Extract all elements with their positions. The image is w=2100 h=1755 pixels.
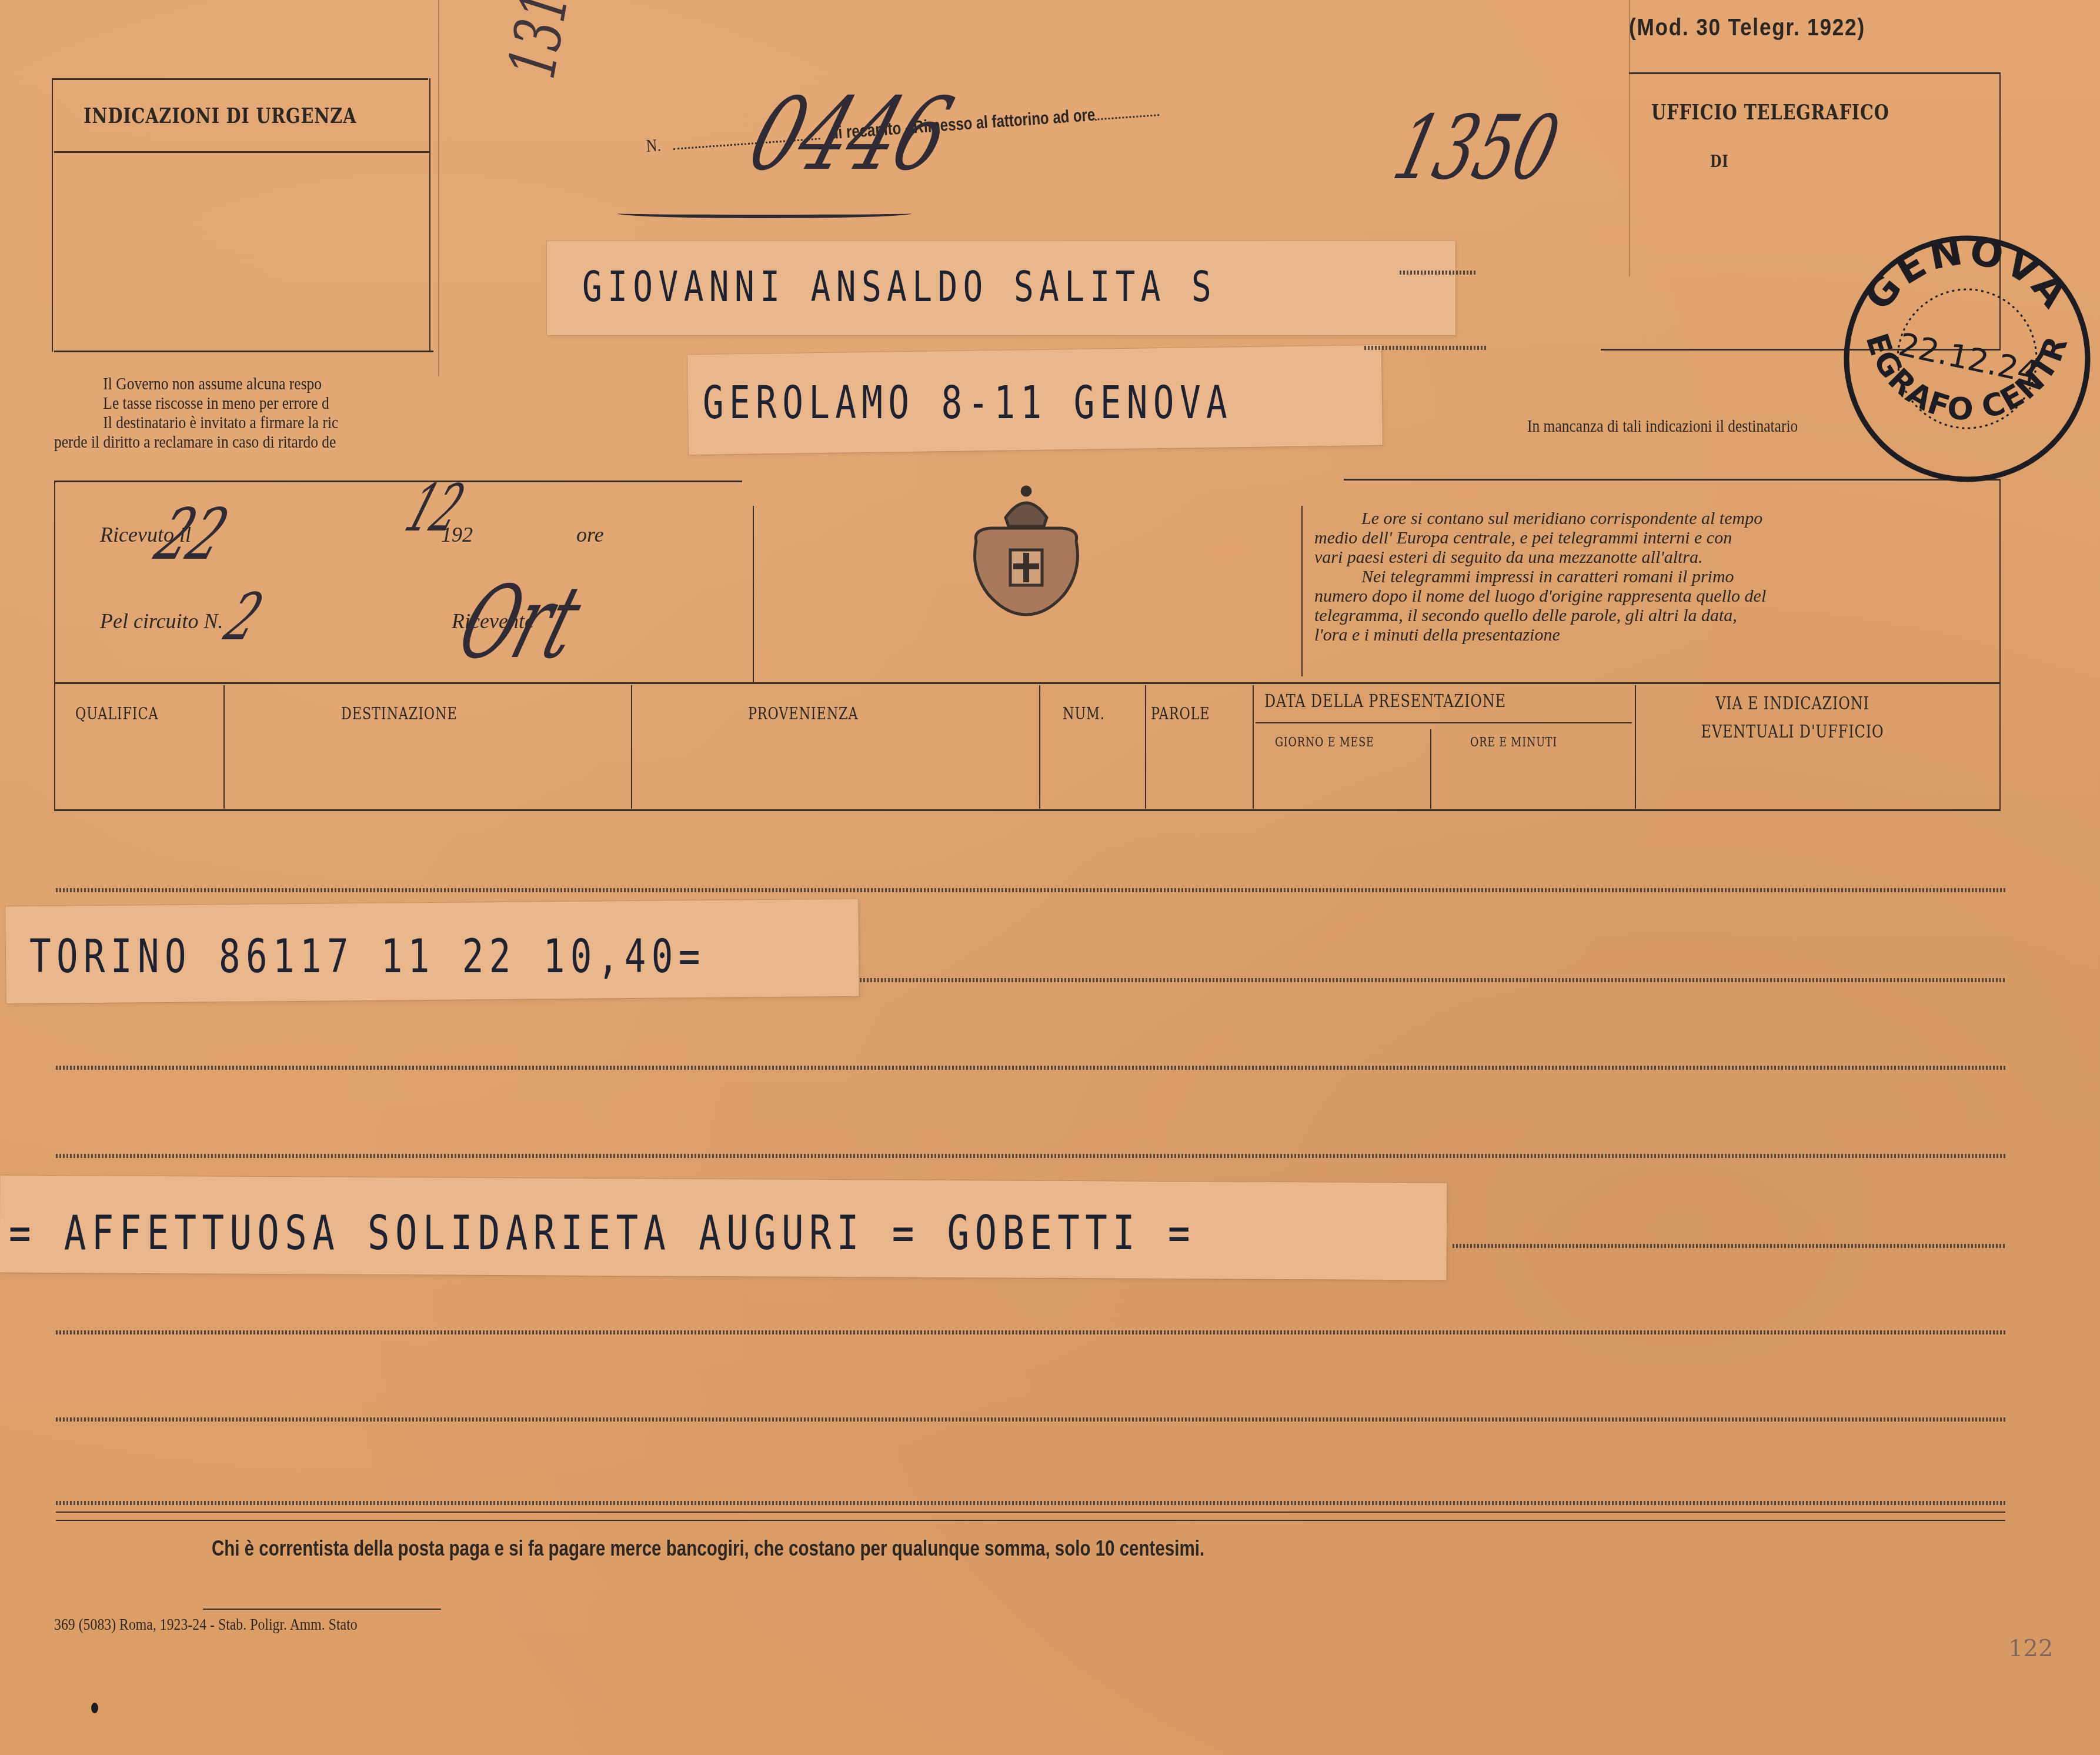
instruction-line-5: numero dopo il nome del luogo d'origine … [1314, 586, 1766, 606]
receipt-box-left [54, 481, 55, 683]
instruction-line-7: l'ora e i minuti della presentazione [1314, 625, 1766, 645]
notice-line-2: Le tasse riscosse in meno per errore d [54, 393, 338, 413]
table-bottom [54, 809, 2001, 811]
message-rule-2 [853, 978, 2005, 982]
col-head-parole: PAROLE [1151, 704, 1210, 723]
legal-notice-left: Il Governo non assume alcuna respo Le ta… [54, 374, 389, 452]
col-head-provenienza: PROVENIENZA [748, 704, 858, 723]
notice-line-1: Il Governo non assume alcuna respo [54, 374, 338, 393]
legal-notice-right: In mancanza di tali indicazioni il desti… [1527, 416, 1798, 436]
receipt-box-right [1999, 479, 2001, 811]
urgency-box-top [52, 78, 428, 80]
table-col-5 [1253, 685, 1254, 809]
address-rule-1 [1400, 271, 1476, 275]
handwritten-delivery-number: 0446 [736, 76, 965, 193]
ink-spot [91, 1703, 98, 1713]
address-line-1: GIOVANNI ANSALDO SALITA S [582, 262, 1217, 311]
flap-edge-right [1629, 0, 1630, 276]
archive-number: 122 [2008, 1635, 2053, 1662]
table-col-0 [54, 682, 55, 810]
printer-rule [203, 1609, 441, 1610]
col-head-num: NUM. [1063, 704, 1105, 723]
footer-notice: Chi è correntista della posta paga e si … [212, 1536, 1204, 1561]
message-rule-8 [56, 1501, 2005, 1505]
col-head-data: DATA DELLA PRESENTAZIONE [1264, 691, 1506, 712]
table-col-4 [1145, 685, 1146, 809]
delivery-flourish [617, 209, 912, 218]
col-head-qualifica: QUALIFICA [75, 704, 158, 723]
instruction-line-2: medio dell' Europa centrale, e pei teleg… [1314, 528, 1766, 548]
urgency-box-right [429, 78, 430, 352]
model-label: (Mod. 30 Telegr. 1922) [1629, 15, 1865, 41]
message-rule-3 [56, 1066, 2005, 1070]
postmark-top-text: GENOVA [1855, 228, 2079, 319]
table-col-2 [631, 685, 632, 809]
hour-label: ore [576, 525, 604, 545]
flap-edge-left [438, 0, 439, 376]
message-rule-5 [1453, 1244, 2005, 1248]
coat-of-arms-icon [964, 482, 1088, 618]
notice-line-4: perde il diritto a reclamare in caso di … [54, 432, 338, 452]
urgency-box-bottom [54, 351, 433, 352]
address-rule-2 [1364, 346, 1488, 350]
receipt-box-divider [753, 506, 754, 682]
urgency-box-label: INDICAZIONI DI URGENZA [84, 104, 356, 128]
table-col-3 [1039, 685, 1040, 809]
message-rule-7 [56, 1417, 2005, 1422]
message-origin-line: TORINO 86117 11 22 10,40= [29, 930, 706, 983]
instruction-line-1: Le ore si contano sul meridiano corrispo… [1314, 509, 1766, 528]
delivery-time-dots [1094, 114, 1159, 121]
genova-postmark: GENOVA TELEGRAFO CENTRALE 22.12.24 [1832, 223, 2100, 494]
delivery-n-label: N. [646, 135, 662, 156]
svg-text:GENOVA: GENOVA [1855, 228, 2079, 319]
office-box-sub: DI [1710, 152, 1729, 171]
message-rule-4 [56, 1154, 2005, 1158]
instructions-box-left [1301, 506, 1303, 676]
table-top [54, 682, 2001, 684]
col-subhead-giorno: GIORNO E MESE [1275, 735, 1374, 750]
printer-imprint: 369 (5083) Roma, 1923-24 - Stab. Poligr.… [54, 1616, 358, 1634]
table-col-6 [1430, 729, 1431, 809]
office-box-top [1629, 72, 2001, 74]
message-rule-1 [56, 888, 2005, 892]
urgency-box-left [52, 78, 53, 352]
date-subheader-rule [1256, 722, 1632, 723]
col-head-via: VIA E INDICAZIONI EVENTUALI D'UFFICIO [1682, 690, 1903, 746]
footer-rule-2 [56, 1520, 2005, 1521]
instructions-block: Le ore si contano sul meridiano corrispo… [1314, 509, 1766, 645]
message-rule-6 [56, 1330, 2005, 1334]
table-col-7 [1635, 685, 1636, 809]
office-box-label: UFFICIO TELEGRAFICO [1651, 100, 1889, 125]
urgency-box-divider [54, 151, 430, 153]
handwritten-delivery-time: 1350 [1384, 97, 1569, 199]
col-head-destinazione: DESTINAZIONE [341, 704, 458, 723]
footer-rule-1 [56, 1512, 2005, 1513]
notice-line-3: Il destinatario è invitato a firmare la … [54, 413, 338, 432]
message-body-line: = AFFETTUOSA SOLIDARIETA AUGURI = GOBETT… [9, 1206, 1196, 1260]
instruction-line-3: vari paesi esteri di seguito da una mezz… [1314, 548, 1766, 567]
col-subhead-ore: ORE E MINUTI [1470, 735, 1557, 750]
circuit-label: Pel circuito N. [100, 612, 223, 631]
instruction-line-4: Nei telegrammi impressi in caratteri rom… [1314, 567, 1766, 586]
table-col-1 [223, 685, 225, 809]
receipt-box-top [54, 481, 742, 482]
address-line-2: GEROLAMO 8-11 GENOVA [703, 376, 1233, 429]
instruction-line-6: telegramma, il secondo quello delle paro… [1314, 606, 1766, 625]
